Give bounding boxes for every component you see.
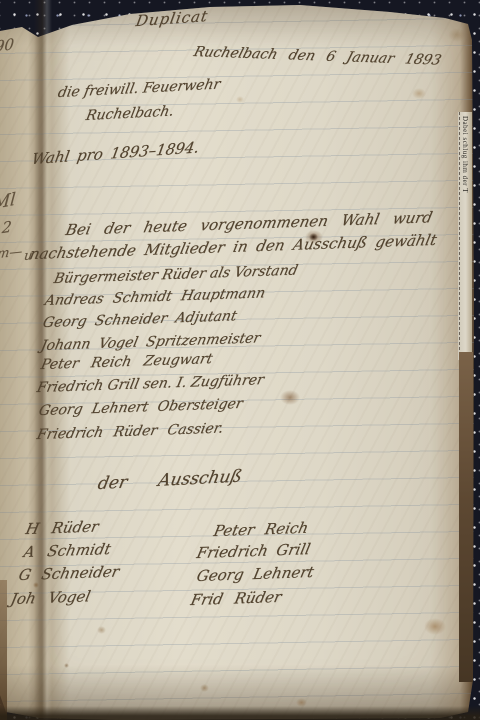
margin-fragment: m— — [0, 244, 23, 262]
newspaper-column-rule — [459, 112, 460, 360]
signature: G Schneider — [17, 562, 121, 584]
signature: Frid Rüder — [189, 588, 283, 609]
margin-fragment: 90 — [0, 35, 15, 56]
newspaper-text: Dabei schlug ihm der T — [461, 116, 468, 193]
photo-of-document: 90 Ml 2 m— u Duplicat Ruchelbach den 6 J… — [0, 0, 480, 720]
page-bottom-shadow — [0, 706, 480, 720]
signature: H Rüder — [24, 517, 100, 538]
signature: A Schmidt — [22, 540, 112, 561]
newspaper-sliver: Dabei schlug ihm der T — [458, 112, 472, 360]
margin-fragment: 2 — [1, 217, 12, 237]
signature: Joh Vogel — [9, 587, 92, 608]
book-cover-edge-left — [0, 580, 7, 720]
signature: Peter Reich — [212, 519, 310, 540]
book-cover-edge — [459, 352, 473, 682]
